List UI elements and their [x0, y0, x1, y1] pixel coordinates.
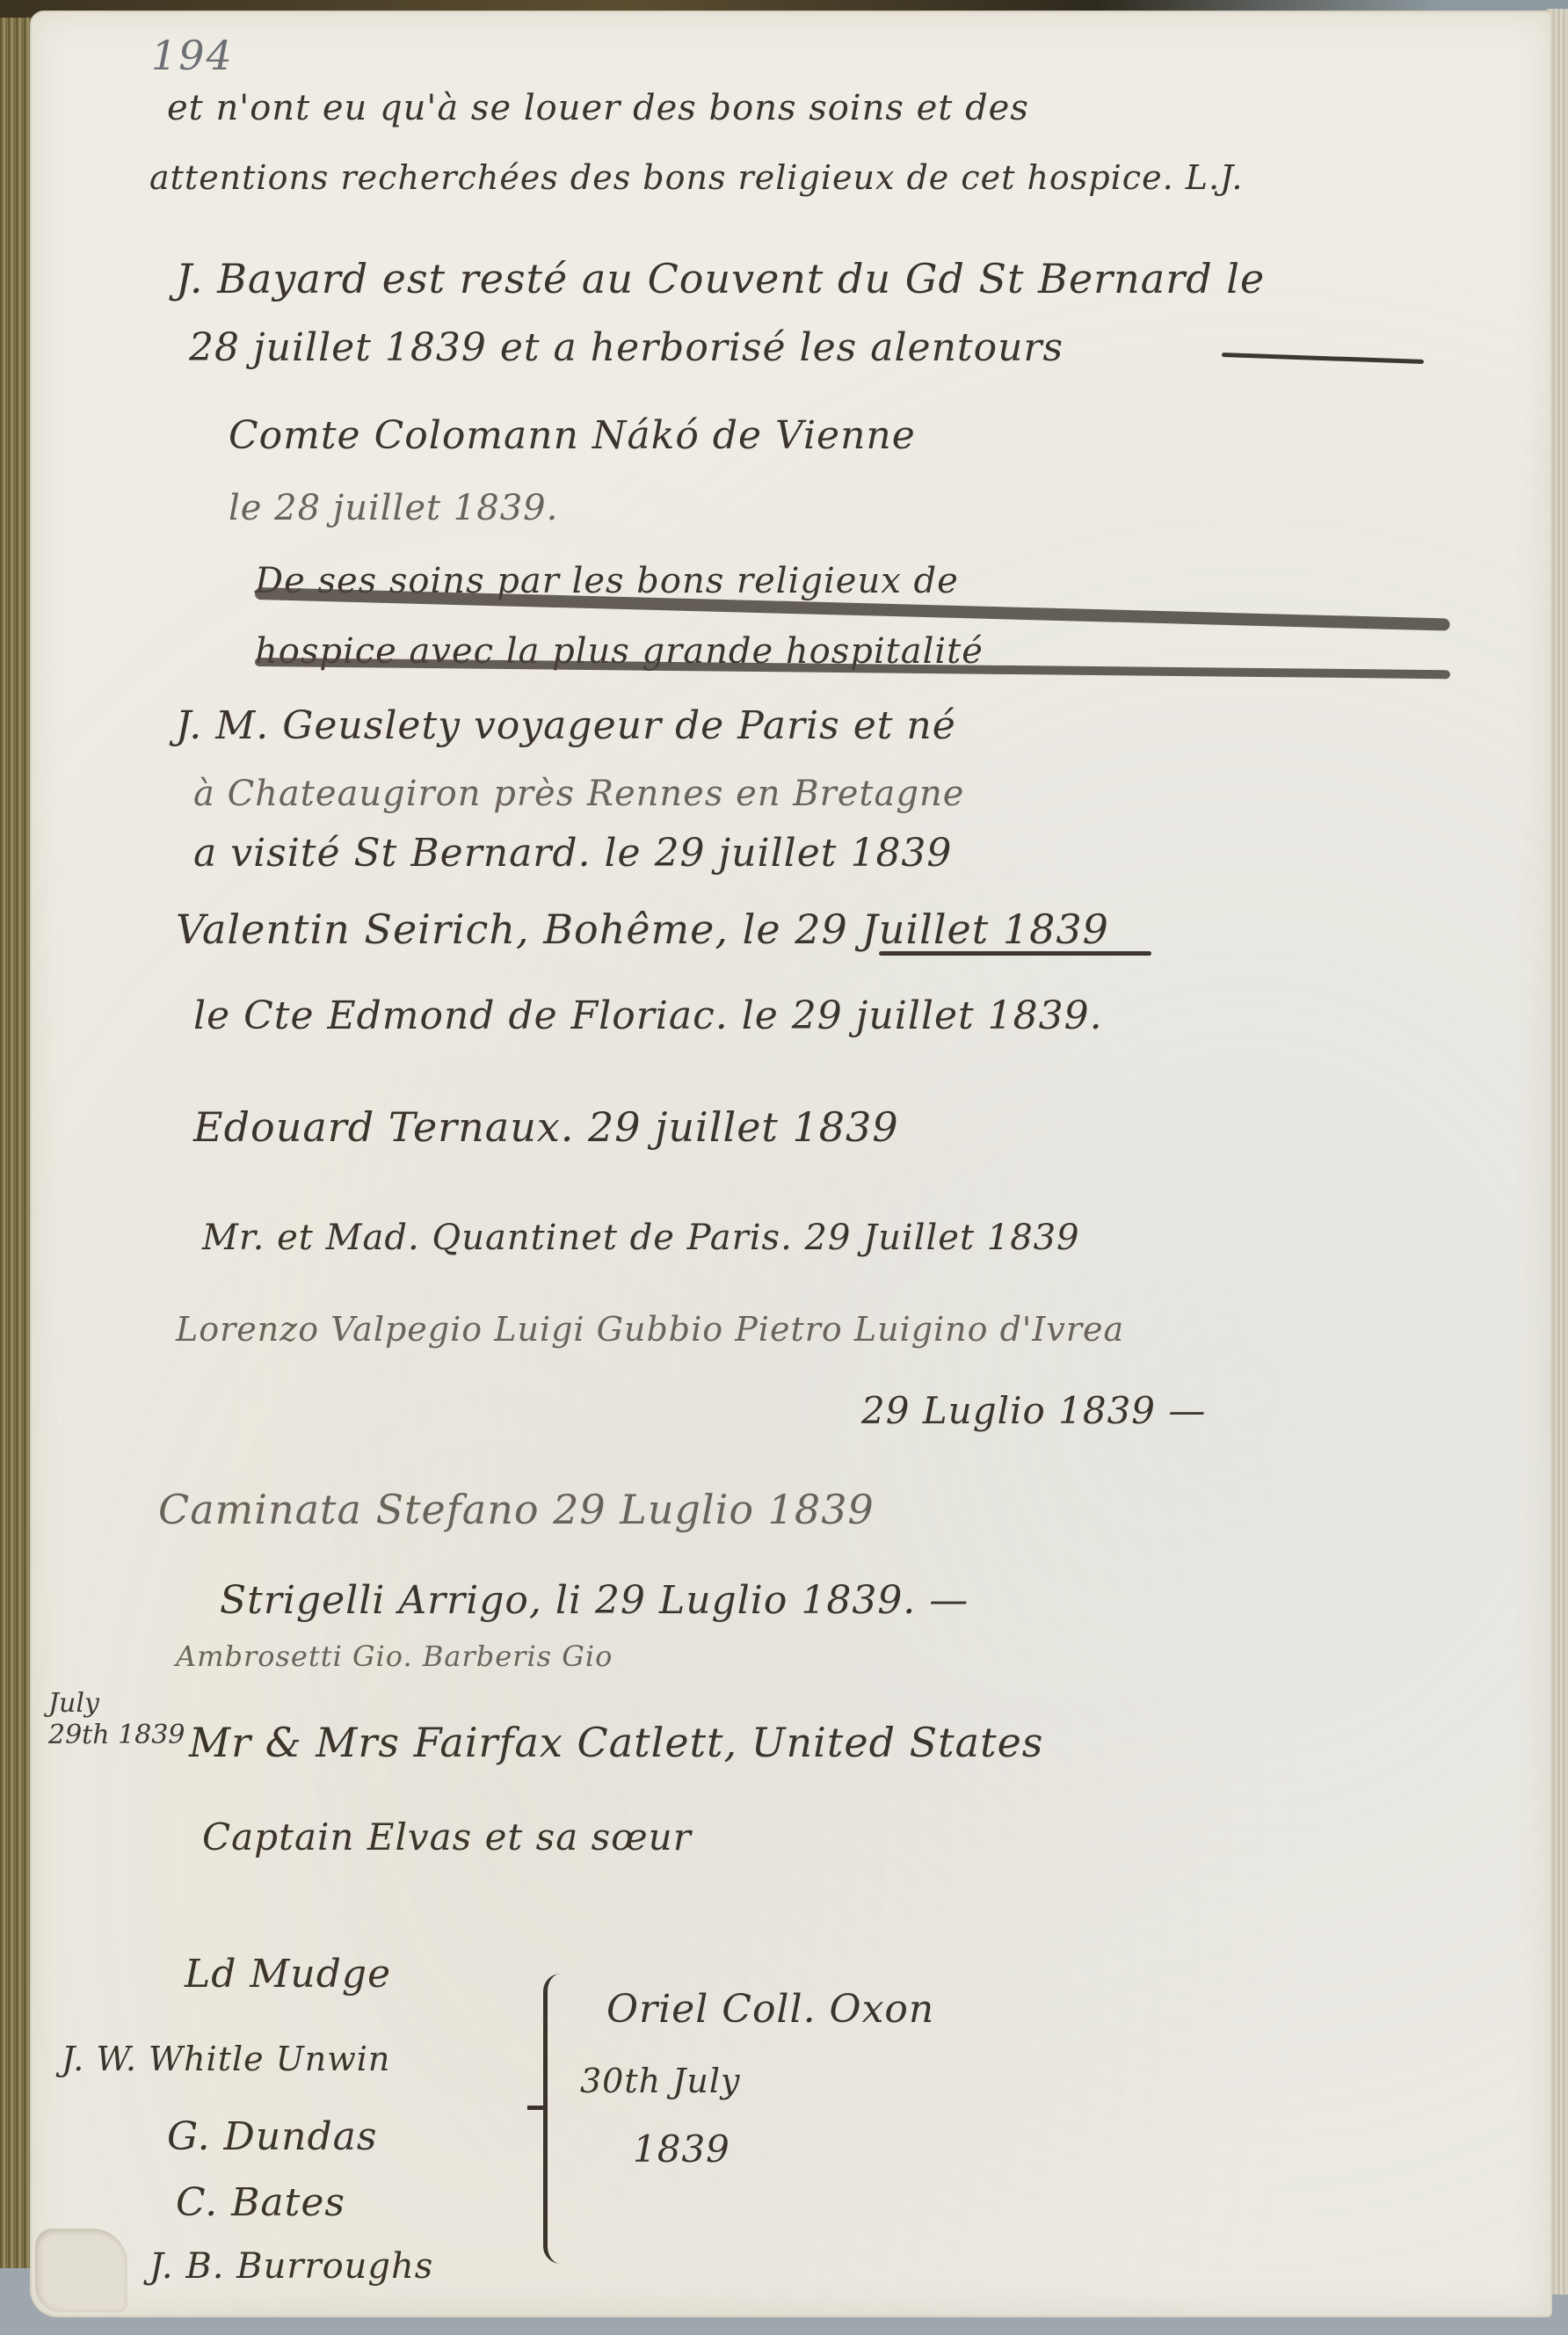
grouping-brace: [543, 1974, 583, 2264]
entry-line: Comte Colomann Nákó de Vienne: [229, 413, 916, 458]
entry-line: a visité St Bernard. le 29 juillet 1839: [193, 831, 952, 876]
grouping-brace-tip: [527, 2106, 547, 2110]
group-year: 1839: [633, 2128, 730, 2171]
entry-line: Caminata Stefano 29 Luglio 1839: [158, 1486, 875, 1533]
entry-line: attentions recherchées des bons religieu…: [149, 158, 1243, 197]
entry-line: Strigelli Arrigo, li 29 Luglio 1839. —: [220, 1578, 969, 1623]
margin-note-day-year: 29th 1839: [48, 1720, 185, 1751]
group-name: J. B. Burroughs: [149, 2246, 433, 2287]
entry-line: Captain Elvas et sa sœur: [202, 1815, 692, 1859]
entry-line: J. Bayard est resté au Couvent du Gd St …: [176, 255, 1265, 302]
entry-line: Mr & Mrs Fairfax Catlett, United States: [189, 1719, 1043, 1766]
group-name: Ld Mudge: [185, 1952, 391, 1997]
group-date: 30th July: [580, 2062, 741, 2100]
folded-corner: [35, 2229, 127, 2312]
group-name: G. Dundas: [167, 2114, 377, 2159]
entry-line: Valentin Seirich, Bohême, le 29 Juillet …: [176, 906, 1109, 953]
group-name: C. Bates: [176, 2180, 345, 2225]
entry-line: Ambrosetti Gio. Barberis Gio: [176, 1640, 613, 1673]
entry-line: le Cte Edmond de Floriac. le 29 juillet …: [193, 993, 1103, 1038]
group-affiliation: Oriel Coll. Oxon: [606, 1987, 934, 2032]
entry-line: à Chateaugiron près Rennes en Bretagne: [193, 774, 964, 814]
entry-line: 29 Luglio 1839 —: [861, 1389, 1206, 1432]
margin-date-note: July 29th 1839: [48, 1688, 185, 1751]
underline-boheme: [879, 951, 1151, 956]
entry-line: Mr. et Mad. Quantinet de Paris. 29 Juill…: [202, 1218, 1080, 1258]
entry-line: 28 juillet 1839 et a herborisé les alent…: [189, 325, 1063, 370]
margin-note-month: July: [48, 1688, 185, 1720]
group-name: J. W. Whitle Unwin: [62, 2040, 390, 2078]
entry-line: Edouard Ternaux. 29 juillet 1839: [193, 1103, 899, 1151]
entry-line: et n'ont eu qu'à se louer des bons soins…: [167, 88, 1029, 128]
entry-line: J. M. Geuslety voyageur de Paris et né: [176, 703, 956, 748]
entry-line: le 28 juillet 1839.: [229, 488, 558, 528]
page-number: 194: [151, 32, 234, 79]
entry-line: Lorenzo Valpegio Luigi Gubbio Pietro Lui…: [176, 1310, 1124, 1349]
